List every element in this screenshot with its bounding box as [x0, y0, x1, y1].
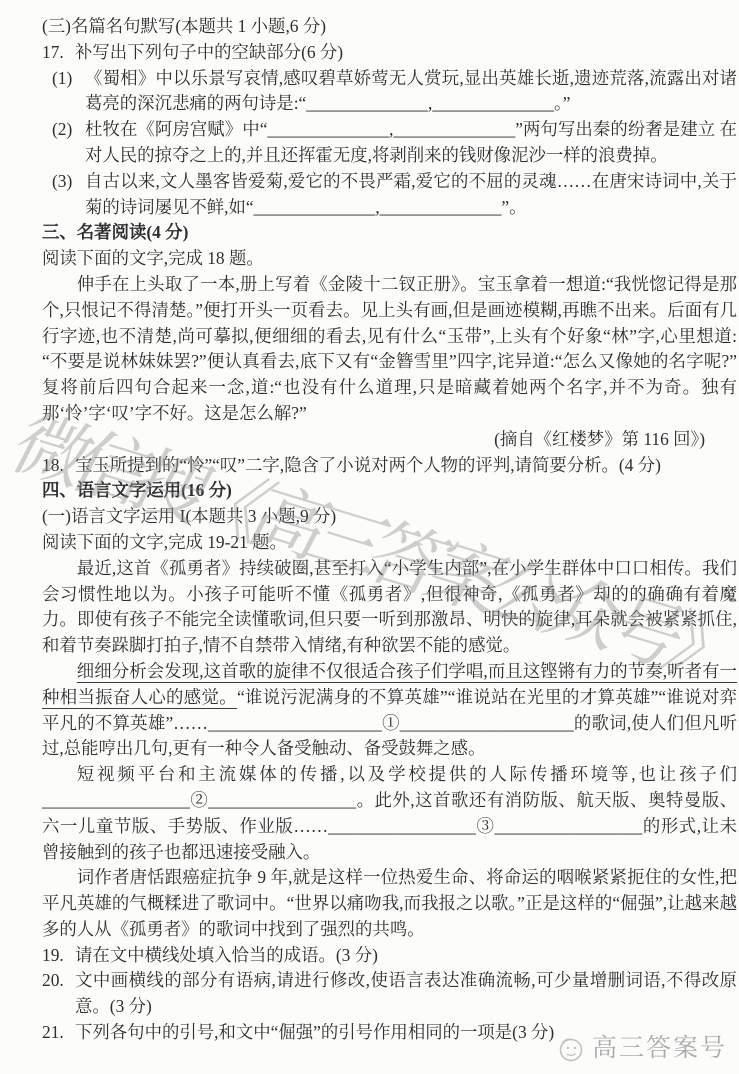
section-dictation-heading: (三)名篇名句默写(本题共 1 小题,6 分) — [42, 14, 737, 40]
item-3-label: (3) — [52, 169, 85, 195]
language-paragraph-2: 细细分析会发现,这首歌的旋律不仅很适合孩子们学唱,而且这铿锵有力的节奏,听者有一… — [42, 659, 737, 762]
novel-passage: 伸手在上头取了一本,册上写着《金陵十二钗正册》。宝玉拿着一想道:“我恍惚记得是那… — [42, 272, 737, 427]
item-3-text: 自古以来,文人墨客皆爱菊,爱它的不畏严霜,爱它的不屈的灵魂……在唐宋诗词中,关于… — [85, 169, 737, 221]
question-17-stem: 补写出下列句子中的空缺部分(6 分) — [75, 40, 737, 66]
question-19-text: 请在文中横线处填入恰当的成语。(3 分) — [75, 943, 737, 969]
question-20: 20. 文中画横线的部分有语病,请进行修改,使语言表达准确流畅,可少量增删词语,… — [42, 968, 737, 1020]
question-18-text: 宝玉所提到的“怜”“叹”二字,隐含了小说对两个人物的评判,请简要分析。(4 分) — [75, 453, 737, 479]
question-20-text: 文中画横线的部分有语病,请进行修改,使语言表达准确流畅,可少量增删词语,不得改原… — [75, 968, 737, 1020]
question-17-item-2: (2) 杜牧在《阿房宫赋》中“______________,__________… — [52, 117, 737, 169]
section-language-heading: 四、语言文字运用(16 分) — [42, 478, 737, 504]
question-17-item-3: (3) 自古以来,文人墨客皆爱菊,爱它的不畏严霜,爱它的不屈的灵魂……在唐宋诗词… — [52, 169, 737, 221]
question-19-number: 19. — [42, 943, 75, 969]
item-1-label: (1) — [52, 66, 85, 92]
question-21-number: 21. — [42, 1020, 75, 1046]
question-17-item-1: (1) 《蜀相》中以乐景写哀情,感叹碧草娇莺无人赏玩,显出英雄长逝,遗迹荒落,流… — [52, 66, 737, 118]
novel-passage-source: (摘自《红楼梦》第 116 回》) — [42, 427, 737, 453]
question-20-number: 20. — [42, 968, 75, 994]
language-paragraph-1: 最近,这首《孤勇者》持续破圈,甚至打入“小学生内部”,在小学生群体中口口相传。我… — [42, 556, 737, 659]
question-17-number: 17. — [42, 40, 75, 66]
item-2-label: (2) — [52, 117, 85, 143]
language-subsection-heading: (一)语言文字运用 I(本题共 3 小题,9 分) — [42, 504, 737, 530]
exam-page: (三)名篇名句默写(本题共 1 小题,6 分) 17. 补写出下列句子中的空缺部… — [0, 0, 739, 1074]
question-18-number: 18. — [42, 453, 75, 479]
question-17: 17. 补写出下列句子中的空缺部分(6 分) — [42, 40, 737, 66]
question-21: 21. 下列各句中的引号,和文中“倔强”的引号作用相同的一项是(3 分) — [42, 1020, 737, 1046]
language-paragraph-4: 词作者唐恬跟癌症抗争 9 年,就是这样一位热爱生命、将命运的咽喉紧紧扼住的女性,… — [42, 865, 737, 942]
item-1-text: 《蜀相》中以乐景写哀情,感叹碧草娇莺无人赏玩,显出英雄长逝,遗迹荒落,流露出对诸… — [85, 66, 737, 118]
question-18: 18. 宝玉所提到的“怜”“叹”二字,隐含了小说对两个人物的评判,请简要分析。(… — [42, 453, 737, 479]
language-paragraph-3: 短视频平台和主流媒体的传播,以及学校提供的人际传播环境等,也让孩子们______… — [42, 762, 737, 865]
item-2-text: 杜牧在《阿房宫赋》中“______________,______________… — [85, 117, 737, 169]
question-21-text: 下列各句中的引号,和文中“倔强”的引号作用相同的一项是(3 分) — [75, 1020, 737, 1046]
section-novel-heading: 三、名著阅读(4 分) — [42, 220, 737, 246]
question-19: 19. 请在文中横线处填入恰当的成语。(3 分) — [42, 943, 737, 969]
novel-instruction: 阅读下面的文字,完成 18 题。 — [42, 246, 737, 272]
language-instruction: 阅读下面的文字,完成 19-21 题。 — [42, 530, 737, 556]
